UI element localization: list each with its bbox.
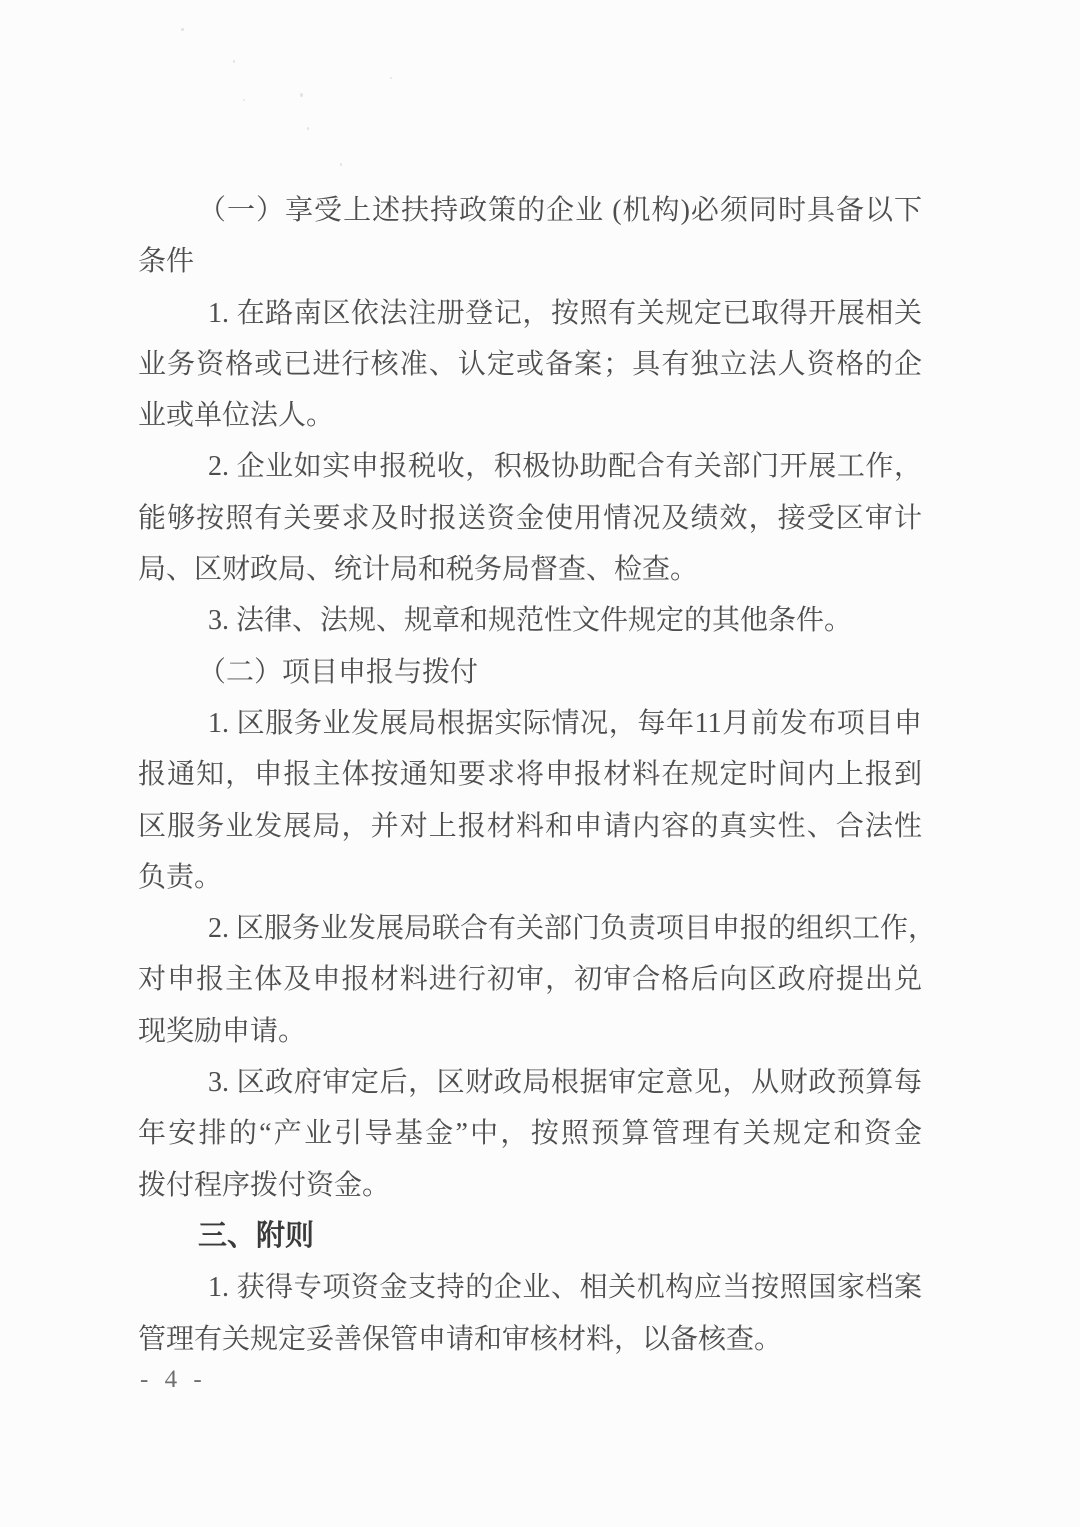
condition-item-2-line-3: 局、区财政局、统计局和税务局督查、检查。 xyxy=(138,544,922,595)
condition-item-2-line-1: 2. 企业如实申报税收，积极协助配合有关部门开展工作， xyxy=(138,441,922,492)
application-item-3-line-1: 3. 区政府审定后，区财政局根据审定意见，从财政预算每 xyxy=(138,1057,922,1108)
condition-item-2-line-2: 能够按照有关要求及时报送资金使用情况及绩效，接受区审计 xyxy=(138,493,922,544)
subheading-conditions: （一）享受上述扶持政策的企业 (机构)必须同时具备以下 xyxy=(138,185,922,236)
application-item-2-line-2: 对申报主体及申报材料进行初审，初审合格后向区政府提出兑 xyxy=(138,954,922,1005)
scan-speck xyxy=(233,60,235,63)
application-item-3-line-3: 拨付程序拨付资金。 xyxy=(138,1160,922,1211)
scan-speck xyxy=(300,93,303,97)
condition-item-1-line-1: 1. 在路南区依法注册登记，按照有关规定已取得开展相关 xyxy=(138,288,922,339)
condition-item-3-line: 3. 法律、法规、规章和规范性文件规定的其他条件。 xyxy=(138,595,922,646)
application-item-2-line-1: 2. 区服务业发展局联合有关部门负责项目申报的组织工作， xyxy=(138,903,922,954)
application-item-1-line-1: 1. 区服务业发展局根据实际情况，每年11月前发布项目申 xyxy=(138,698,922,749)
subheading-application: （二）项目申报与拨付 xyxy=(138,647,922,698)
application-item-1-line-2: 报通知，申报主体按通知要求将申报材料在规定时间内上报到 xyxy=(138,749,922,800)
application-item-3-line-2: 年安排的“产业引导基金”中，按照预算管理有关规定和资金 xyxy=(138,1108,922,1159)
application-item-1-line-3: 区服务业发展局，并对上报材料和申请内容的真实性、合法性 xyxy=(138,801,922,852)
supplementary-item-1-line-2: 管理有关规定妥善保管申请和审核材料，以备核查。 xyxy=(138,1314,922,1365)
scan-speck xyxy=(243,99,245,101)
condition-item-1-line-3: 业或单位法人。 xyxy=(138,390,922,441)
subheading-conditions-cont: 条件 xyxy=(138,236,922,287)
document-body: （一）享受上述扶持政策的企业 (机构)必须同时具备以下 条件 1. 在路南区依法… xyxy=(138,185,922,1365)
application-item-1-line-4: 负责。 xyxy=(138,852,922,903)
scan-speck xyxy=(340,163,342,166)
condition-item-1-line-2: 业务资格或已进行核准、认定或备案；具有独立法人资格的企 xyxy=(138,339,922,390)
page-number: - 4 - xyxy=(140,1366,207,1394)
scan-speck xyxy=(307,127,309,130)
section-heading-supplementary: 三、附则 xyxy=(138,1211,922,1262)
application-item-2-line-3: 现奖励申请。 xyxy=(138,1006,922,1057)
scan-speck xyxy=(181,28,184,31)
document-page: （一）享受上述扶持政策的企业 (机构)必须同时具备以下 条件 1. 在路南区依法… xyxy=(0,0,1080,1527)
supplementary-item-1-line-1: 1. 获得专项资金支持的企业、相关机构应当按照国家档案 xyxy=(138,1262,922,1313)
scan-speck xyxy=(390,77,392,79)
